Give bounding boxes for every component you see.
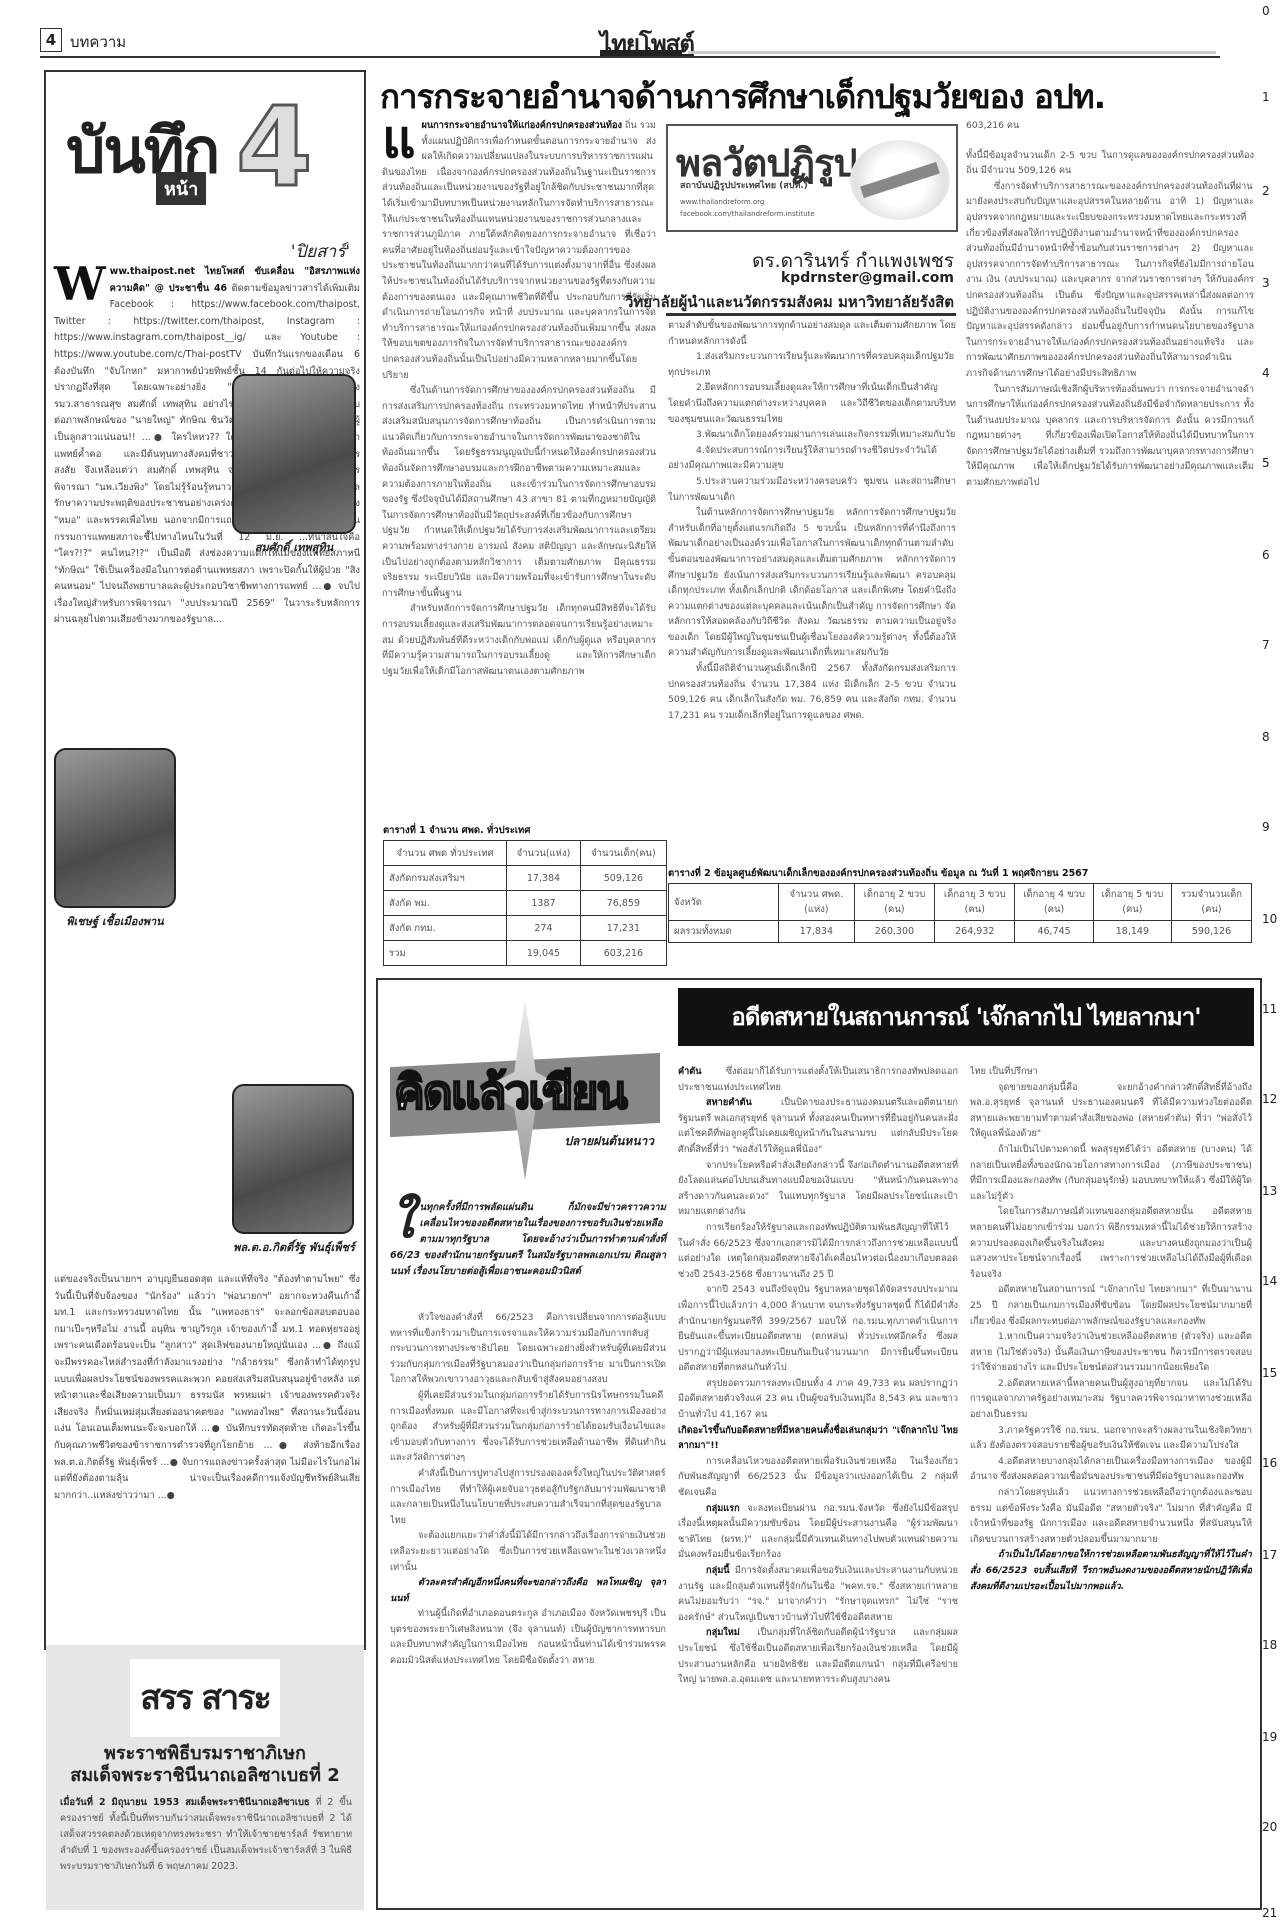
table-cell: 19,045 — [507, 941, 581, 966]
line-number: 6 — [1262, 548, 1270, 562]
line-number: 17 — [1262, 1548, 1277, 1562]
table-cell: ผลรวมทั้งหมด — [669, 921, 779, 943]
table-cell: 46,745 — [1015, 921, 1093, 943]
principle-item: 3.พัฒนาเด็กโดยองค์รวมผ่านการเล่นและกิจกร… — [668, 427, 956, 443]
line-number: 9 — [1262, 820, 1270, 834]
article-paragraph: 603,216 คน — [966, 118, 1254, 134]
logo-number: 4 — [236, 92, 313, 202]
table-cell: 603,216 — [580, 941, 666, 966]
drop-cap: แ — [382, 118, 416, 162]
section-label: บทความ — [70, 30, 126, 54]
opinion-column-3: ไทย เป็นที่ปรึกษา จุดขายของกลุ่มนี้คือ จ… — [970, 1064, 1252, 1900]
table-row: ผลรวมทั้งหมด 17,834 260,300 264,932 46,7… — [669, 921, 1252, 943]
table-1: ตารางที่ 1 จำนวน ศพด. ทั่วประเทศ จำนวน ศ… — [383, 823, 667, 966]
table-cell: 509,126 — [580, 866, 666, 891]
subheading: เกิดอะไรขึ้นกับอดีตสหายที่มีหลายคนตั้งชื… — [678, 1425, 958, 1452]
sara-title-line1: พระราชพิธีบรมราชาภิเษก — [46, 1743, 364, 1765]
reform-subtitle: สถาบันปฏิรูปประเทศไทย (สปท.) — [680, 178, 808, 192]
masthead-logo: ไทยโพสต์ — [600, 24, 694, 63]
table-cell: รวม — [384, 941, 507, 966]
table-cell: 1387 — [507, 891, 581, 916]
principle-item: 4.จัดประสบการณ์การเรียนรู้ให้สามารถดำรงช… — [668, 443, 956, 474]
line-number: 4 — [1262, 366, 1270, 380]
line-number: 16 — [1262, 1456, 1277, 1470]
article-text: ถิ่น รวมทั้งแผนปฏิบัติการเพื่อกำหนดขั้นต… — [382, 120, 656, 381]
author-rule — [666, 313, 956, 316]
sara-logo: สรร สาระ — [130, 1659, 280, 1737]
article-paragraph: การเคลื่อนไหวของอดีตสหายเพื่อรับเงินช่วย… — [678, 1454, 958, 1501]
sara-body-bold: เมื่อวันที่ 2 มิถุนายน 1953 สมเด็จพระราช… — [60, 1797, 310, 1808]
reform-box: พลวัตปฏิรูป สถาบันปฏิรูปประเทศไทย (สปท.)… — [666, 124, 958, 232]
table-header: รวมจำนวนเด็ก (คน) — [1172, 884, 1252, 921]
line-number: 19 — [1262, 1730, 1277, 1744]
sara-title-line2: สมเด็จพระราชินีนาถเอลิซาเบธที่ 2 — [46, 1765, 364, 1787]
table-cell: 17,384 — [507, 866, 581, 891]
subheading: ตัวละครสำคัญอีกหนึ่งคนที่จะขอกล่าวถึงคือ… — [390, 1577, 666, 1604]
line-numbers: 0 1 2 3 4 5 6 7 8 9 10 11 12 13 14 15 16… — [1262, 0, 1286, 1920]
photo-caption: พิเชษฐ์ เชื้อเมืองพาน — [50, 912, 180, 930]
opinion-box: คิดแล้วเขียน ปลายฝนต้นหนาว อดีตสหายในสถา… — [376, 978, 1262, 1910]
logo-byline: ปลายฝนต้นหนาว — [564, 1132, 654, 1151]
table-row: สังกัด พม. 1387 76,859 — [384, 891, 667, 916]
table-header: จำนวน(แห่ง) — [507, 841, 581, 866]
list-item: 4.อดีตสหายบางกลุ่มได้กลายเป็นเครื่องมือท… — [970, 1454, 1252, 1485]
reform-facebook[interactable]: facebook.com/thailandreform.institute — [680, 210, 815, 218]
logo-subtitle: หน้า — [156, 172, 206, 205]
article-paragraph: โดยในการสัมภาษณ์ตัวแทนของกลุ่มอดีตสหายนั… — [970, 1204, 1252, 1282]
table-header: จังหวัด — [669, 884, 779, 921]
header-rule — [688, 51, 1216, 54]
opinion-headline: อดีตสหายในสถานการณ์ 'เจ๊กลากไป ไทยลากมา' — [678, 988, 1254, 1046]
article-paragraph: ทั้งนี้มีข้อมูลจำนวนเด็ก 2-5 ขวบ ในการดู… — [966, 148, 1254, 179]
opinion-lead: ใ นทุกครั้งที่มีการพลัดแผ่นดิน ก็มักจะมี… — [390, 1200, 666, 1280]
arrow-icon — [850, 140, 950, 220]
line-number: 12 — [1262, 1092, 1277, 1106]
line-number: 18 — [1262, 1638, 1277, 1652]
opinion-column-2: คำตัน ซึ่งต่อมาก็ได้รับการแต่งตั้งให้เป็… — [678, 1064, 958, 1900]
line-number: 13 — [1262, 1184, 1277, 1198]
line-number: 15 — [1262, 1366, 1277, 1380]
kid-laew-khian-logo: คิดแล้วเขียน ปลายฝนต้นหนาว — [390, 1000, 660, 1180]
drop-cap: W — [54, 264, 106, 304]
column-byline: 'ปิยสาร์' — [291, 238, 350, 265]
line-number: 1 — [1262, 90, 1270, 104]
sara-body-text: ที่ 2 ขึ้นครองราชย์ ทั้งนี้เป็นที่ทราบกั… — [60, 1797, 352, 1872]
lead-bold: ผนการกระจายอำนาจให้แก่องค์กรปกครองส่วนท้… — [422, 120, 622, 131]
table-header: เด็กอายุ 2 ขวบ (คน) — [854, 884, 934, 921]
table-header: เด็กอายุ 4 ขวบ (คน) — [1015, 884, 1093, 921]
list-item: 1.หากเป็นความจริงว่าเงินช่วยเหลืออดีตสหา… — [970, 1329, 1252, 1376]
column-body-end: แต่ของจริงเป็นนายกฯ อาบุญยืนยอดสุด และแท… — [54, 1272, 360, 1504]
table-cell: 17,834 — [779, 921, 855, 943]
article-paragraph: จะต้องแยกแยะว่าคำสั่งนี้มิได้มีการกล่าวถ… — [390, 1528, 666, 1575]
table-row: สังกัด กทม. 274 17,231 — [384, 916, 667, 941]
data-table: จำนวน ศพด ทั่วประเทศ จำนวน(แห่ง) จำนวนเด… — [383, 840, 667, 966]
table-caption: ตารางที่ 2 ข้อมูลศูนย์พัฒนาเด็กเล็กขององ… — [668, 866, 1252, 881]
photo-somsak — [232, 374, 356, 534]
logo-title: คิดแล้วเขียน — [394, 1056, 626, 1129]
article-paragraph: ในด้านหลักการจัดการศึกษาปฐมวัย หลักการจั… — [668, 505, 956, 661]
article-paragraph: การเรียกร้องให้รัฐบาลและกองทัพปฏิบัติตาม… — [678, 1220, 958, 1282]
table-cell: 17,231 — [580, 916, 666, 941]
photo-kittirat — [232, 1084, 354, 1234]
banthuek-logo: บันทึก หน้า 4 — [66, 92, 346, 222]
list-item: 3.ภาครัฐควรใช้ กอ.รมน. นอกจากจะสร้างผลงา… — [970, 1423, 1252, 1454]
table-cell: 260,300 — [854, 921, 934, 943]
line-number: 3 — [1262, 276, 1270, 290]
table-cell: 274 — [507, 916, 581, 941]
table-header-row: จังหวัด จำนวน ศพด. (แห่ง) เด็กอายุ 2 ขวบ… — [669, 884, 1252, 921]
table-row: รวม 19,045 603,216 — [384, 941, 667, 966]
table-row: สังกัดกรมส่งเสริมฯ 17,384 509,126 — [384, 866, 667, 891]
list-item: 2.อดีตสหายเหล่านี้หลายคนเป็นผู้สูงอายุที… — [970, 1376, 1252, 1423]
masthead-tagline — [600, 50, 682, 56]
line-number: 5 — [1262, 456, 1270, 470]
table-header: จำนวน ศพด. (แห่ง) — [779, 884, 855, 921]
table-cell: สังกัด พม. — [384, 891, 507, 916]
bold-term: กลุ่มใหม่ — [706, 1627, 740, 1638]
main-article-title: การกระจายอำนาจด้านการศึกษาเด็กปฐมวัยของ … — [380, 70, 1260, 123]
article-paragraph: ตามลำดับขั้นของพัฒนาการทุกด้านอย่างสมดุล… — [668, 318, 956, 349]
reform-url[interactable]: www.thailandreform.org — [680, 198, 764, 206]
principle-item: 2.ยึดหลักการอบรมเลี้ยงดูและให้การศึกษาที… — [668, 380, 956, 427]
photo-pichet — [54, 748, 176, 908]
line-number: 10 — [1262, 912, 1277, 926]
article-text: ซึ่งต่อมาก็ได้รับการแต่งตั้งให้เป็นเสนาธ… — [678, 1066, 958, 1093]
table-cell: 18,149 — [1093, 921, 1171, 943]
article-paragraph: จากประโยคหรือคำสั่งเสียดังกล่าวนี้ จึงก่… — [678, 1158, 958, 1220]
line-number: 14 — [1262, 1274, 1277, 1288]
author-email[interactable]: kpdrnster@gmail.com — [781, 270, 954, 286]
principle-item: 5.ประสานความร่วมมือระหว่างครอบครัว ชุมชน… — [668, 474, 956, 505]
article-paragraph: ท่านผู้นี้เกิดที่อำเภอดอนตระกูล อำเภอเมื… — [390, 1606, 666, 1668]
article-paragraph: สรุปยอดรวมการลงทะเบียนทั้ง 4 ภาค 49,733 … — [678, 1376, 958, 1423]
bold-term: สหายคำตัน — [706, 1097, 752, 1108]
table-header: จำนวนเด็ก(คน) — [580, 841, 666, 866]
article-paragraph: คำสั่งนี้เป็นการปูทางไปสู่การปรองดองครั้… — [390, 1466, 666, 1528]
sara-box: สรร สาระ พระราชพิธีบรมราชาภิเษก สมเด็จพร… — [46, 1645, 364, 1910]
bold-term: กลุ่มนี้ — [706, 1565, 730, 1576]
article-paragraph: ซึ่งการจัดทำบริการสาธารณะขององค์กรปกครอง… — [966, 179, 1254, 382]
lead-text: นทุกครั้งที่มีการพลัดแผ่นดิน ก็มักจะมีข่… — [390, 1202, 666, 1277]
sara-body: เมื่อวันที่ 2 มิถุนายน 1953 สมเด็จพระราช… — [60, 1795, 352, 1875]
table-cell: 590,126 — [1172, 921, 1252, 943]
table-cell: 264,932 — [935, 921, 1015, 943]
article-paragraph: ผู้ที่เคยมีส่วนร่วมในกลุ่มก่อการร้ายได้ร… — [390, 1388, 666, 1466]
page-header: 4 บทความ ไทยโพสต์ — [40, 24, 1220, 58]
drop-cap: ใ — [390, 1200, 413, 1242]
article-paragraph: กล่าวโดยสรุปแล้ว แนวทางการช่วยเหลือถือว่… — [970, 1485, 1252, 1547]
line-number: 20 — [1262, 1820, 1277, 1834]
article-paragraph: จากปี 2543 จนถึงปัจจุบัน รัฐบาลหลายชุดได… — [678, 1282, 958, 1376]
article-paragraph: ทั้งนี้มีสถิติจำนวนศูนย์เด็กเล็กปี 2567 … — [668, 661, 956, 723]
table-cell: 76,859 — [580, 891, 666, 916]
line-number: 2 — [1262, 184, 1270, 198]
line-number: 7 — [1262, 638, 1270, 652]
article-paragraph: ในการสัมภาษณ์เชิงลึกผู้บริหารท้องถิ่นพบว… — [966, 382, 1254, 491]
table-header-row: จำนวน ศพด ทั่วประเทศ จำนวน(แห่ง) จำนวนเด… — [384, 841, 667, 866]
line-number: 8 — [1262, 730, 1270, 744]
sara-title: พระราชพิธีบรมราชาภิเษก สมเด็จพระราชินีนา… — [46, 1743, 364, 1787]
author-affiliation: วิทยาลัยผู้นำและนวัตกรรมสังคม มหาวิทยาลั… — [625, 290, 954, 314]
article-paragraph: ซึ่งในด้านการจัดการศึกษาขององค์กรปกครองส… — [382, 383, 656, 601]
photo-caption: พล.ต.อ.กิตติ์รัฐ พันธุ์เพ็ชร์ — [226, 1238, 362, 1256]
table-cell: สังกัด กทม. — [384, 916, 507, 941]
article-paragraph: อดีตสหายในสถานการณ์ "เจ๊กลากไป ไทยลากมา"… — [970, 1282, 1252, 1329]
banthuek-column: บันทึก หน้า 4 'ปิยสาร์' W ww.thaipost.ne… — [44, 70, 366, 1650]
article-paragraph: ไทย เป็นที่ปรึกษา — [970, 1064, 1252, 1080]
line-number: 0 — [1262, 4, 1270, 18]
table-header: เด็กอายุ 3 ขวบ (คน) — [935, 884, 1015, 921]
opinion-column-1: หัวใจของคำสั่งที่ 66/2523 คือการเปลี่ยนจ… — [390, 1310, 666, 1900]
page-number: 4 — [40, 28, 62, 52]
article-column-2: ตามลำดับขั้นของพัฒนาการทุกด้านอย่างสมดุล… — [668, 318, 956, 858]
closing-statement: ถ้าเป็นไปได้อยากขอให้การช่วยเหลือตามพันธ… — [970, 1549, 1252, 1591]
photo-caption: สมศักดิ์ เทพสุทิน — [226, 538, 362, 556]
table-header: จำนวน ศพด ทั่วประเทศ — [384, 841, 507, 866]
table-cell: สังกัดกรมส่งเสริมฯ — [384, 866, 507, 891]
line-number: 11 — [1262, 1002, 1277, 1016]
bold-term: คำตัน — [678, 1066, 702, 1077]
principle-item: 1.ส่งเสริมกระบวนการเรียนรู้และพัฒนาการที… — [668, 349, 956, 380]
article-column-1: แ ผนการกระจายอำนาจให้แก่องค์กรปกครองส่วน… — [382, 118, 656, 818]
line-number: 21 — [1262, 1906, 1277, 1920]
table-2: ตารางที่ 2 ข้อมูลศูนย์พัฒนาเด็กเล็กขององ… — [668, 866, 1252, 943]
article-paragraph: หัวใจของคำสั่งที่ 66/2523 คือการเปลี่ยนจ… — [390, 1310, 666, 1388]
data-table: จังหวัด จำนวน ศพด. (แห่ง) เด็กอายุ 2 ขวบ… — [668, 883, 1252, 943]
table-header: เด็กอายุ 5 ขวบ (คน) — [1093, 884, 1171, 921]
article-column-3: 603,216 คน ทั้งนี้มีข้อมูลจำนวนเด็ก 2-5 … — [966, 118, 1254, 858]
article-paragraph: สำหรับหลักการจัดการศึกษาปฐมวัย เด็กทุกคน… — [382, 601, 656, 679]
article-paragraph: จุดขายของกลุ่มนี้คือ จะยกอ้างคำกล่าวศักด… — [970, 1080, 1252, 1142]
bold-term: กลุ่มแรก — [706, 1503, 740, 1514]
article-paragraph: ถ้าไม่เป็นไปตามคาดนี้ พลสุรยุทธ์ได้ว่า อ… — [970, 1142, 1252, 1204]
table-caption: ตารางที่ 1 จำนวน ศพด. ทั่วประเทศ — [383, 823, 667, 838]
column-end-text: แต่ของจริงเป็นนายกฯ อาบุญยืนยอดสุด และแท… — [54, 1274, 360, 1501]
